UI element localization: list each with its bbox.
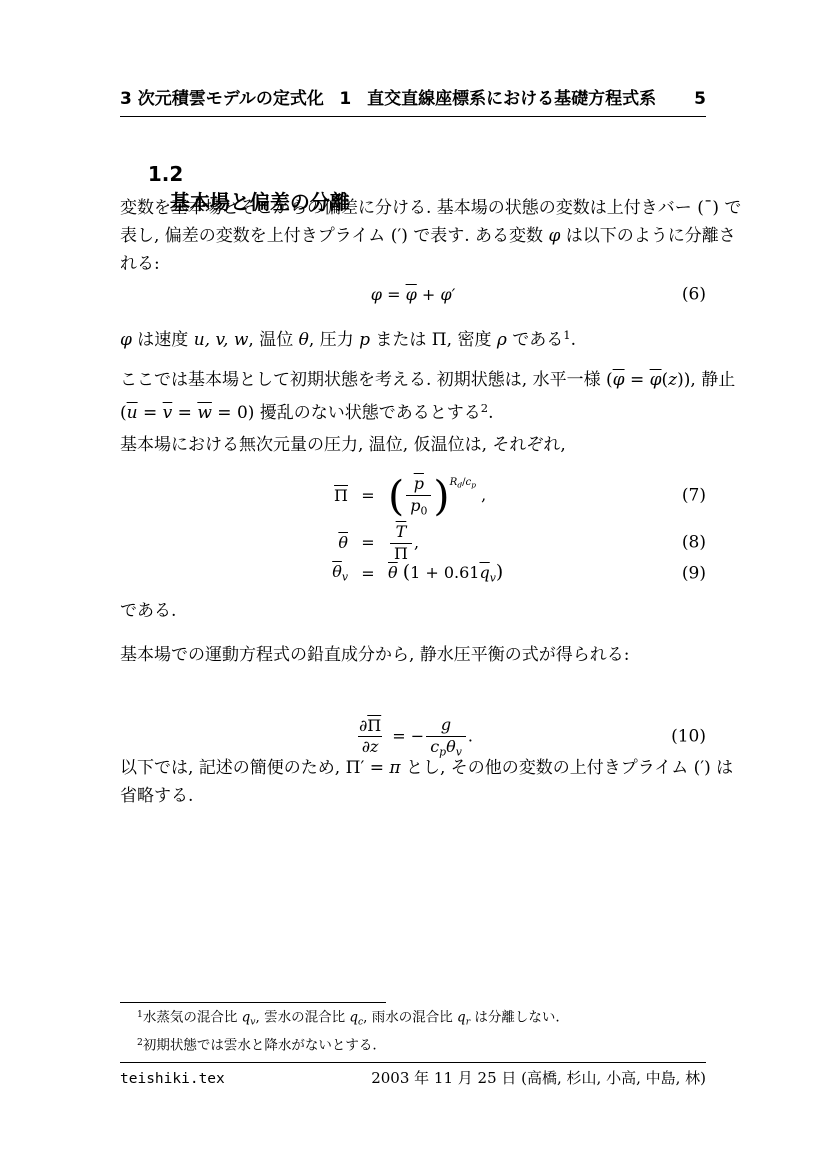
equation-9-relation: = — [348, 566, 388, 582]
equation-8: θ = TΠ, (8) — [120, 527, 706, 559]
section-number: 1.2 — [148, 162, 183, 186]
equation-9-lhs: θv — [120, 564, 348, 583]
header-chapter-left: 3 次元積雲モデルの定式化 — [120, 84, 324, 109]
equation-8-relation: = — [348, 535, 388, 551]
footer-rule — [120, 1062, 706, 1063]
equation-7: Π = (pp0)Rd/cp , (7) — [120, 465, 706, 527]
header-section-number: 1 — [339, 89, 351, 109]
paragraph-1: 変数を基本場とそこからの偏差に分ける. 基本場の状態の変数は上付きバー (¯) … — [120, 194, 706, 278]
equation-7-rhs: (pp0)Rd/cp , — [388, 474, 706, 518]
paragraph-4: 基本場における無次元量の圧力, 温位, 仮温位は, それぞれ, — [120, 431, 706, 459]
footnote-rule — [120, 1002, 386, 1003]
equation-6: φ = φ + φ′ (6) — [120, 278, 706, 312]
equation-6-body: φ = φ + φ′ — [371, 287, 455, 303]
paragraph-2: φ は速度 u, v, w, 温位 θ, 圧力 p または Π, 密度 ρ であ… — [120, 321, 706, 349]
header-section-title: 直交直線座標系における基礎方程式系 — [367, 84, 656, 109]
equation-7-number: (7) — [682, 488, 706, 505]
equation-10-body: ∂Π∂z = −gcpθv. — [353, 715, 473, 759]
footer-date-authors: 2003 年 11 月 25 日 (高橋, 杉山, 小高, 中島, 林) — [371, 1067, 706, 1088]
footnotes: 1水蒸気の混合比 qv, 雲水の混合比 qc, 雨水の混合比 qr は分離しない… — [120, 1005, 723, 1055]
header-page-number: 5 — [694, 89, 706, 109]
footer-filename: teishiki.tex — [120, 1071, 225, 1087]
equation-8-lhs: θ — [120, 535, 348, 551]
footnote-2: 2初期状態では雲水と降水がないとする. — [137, 1033, 723, 1056]
equation-7-lhs: Π — [120, 488, 348, 504]
footnote-1: 1水蒸気の混合比 qv, 雲水の混合比 qc, 雨水の混合比 qr は分離しない… — [137, 1005, 723, 1033]
paragraph-7: 以下では, 記述の簡便のため, Π′ = π とし, その他の変数の上付きプライ… — [120, 754, 706, 810]
eqnarray-7-9: Π = (pp0)Rd/cp , (7) θ = TΠ, (8) θv = θ … — [120, 465, 706, 589]
paragraph-6: 基本場での運動方程式の鉛直成分から, 静水圧平衡の式が得られる: — [120, 641, 706, 669]
equation-9-rhs: θ (1 + 0.61qv) — [388, 563, 706, 584]
equation-10-number: (10) — [671, 729, 706, 746]
equation-6-number: (6) — [682, 287, 706, 304]
paragraph-3: ここでは基本場として初期状態を考える. 初期状態は, 水平一様 (φ = φ(z… — [120, 366, 706, 422]
equation-8-number: (8) — [682, 535, 706, 552]
equation-9-number: (9) — [682, 566, 706, 583]
equation-7-relation: = — [348, 488, 388, 504]
equation-9: θv = θ (1 + 0.61qv) (9) — [120, 559, 706, 589]
equation-8-rhs: TΠ, — [388, 522, 706, 565]
page-footer: teishiki.tex 2003 年 11 月 25 日 (高橋, 杉山, 小… — [120, 1067, 706, 1088]
page-header: 3 次元積雲モデルの定式化 1 直交直線座標系における基礎方程式系 5 — [120, 84, 706, 117]
document-page: 3 次元積雲モデルの定式化 1 直交直線座標系における基礎方程式系 5 1.2 … — [0, 0, 826, 1169]
paragraph-5: である. — [120, 597, 706, 625]
